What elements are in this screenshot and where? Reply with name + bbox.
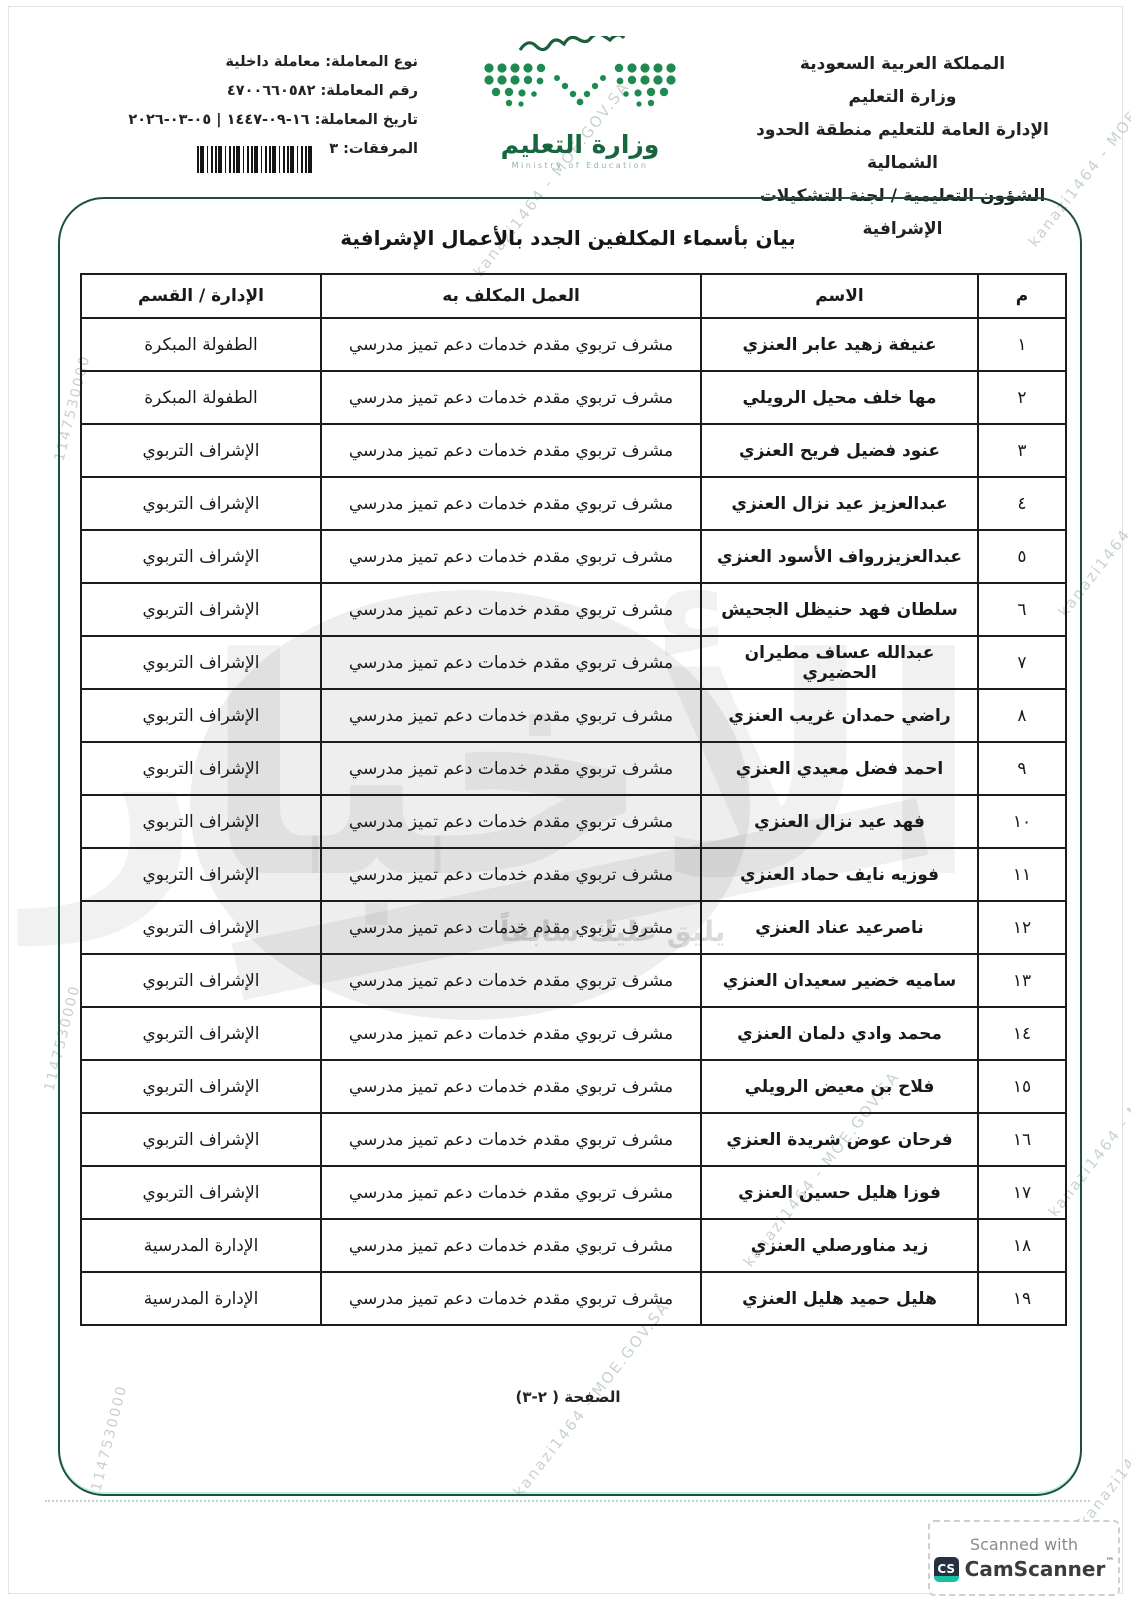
table-row: ٧ عبدالله عساف مطيران الحضيري مشرف تربوي… xyxy=(81,636,1066,689)
row-assigned-work-cell: مشرف تربوي مقدم خدمات دعم تميز مدرسي xyxy=(321,901,701,954)
table-row: ٩ احمد فضل معيدي العنزي مشرف تربوي مقدم … xyxy=(81,742,1066,795)
table-row: ١٦ فرحان عوض شريدة العنزي مشرف تربوي مقد… xyxy=(81,1113,1066,1166)
row-name-cell: محمد وادي دلمان العنزي xyxy=(701,1007,978,1060)
table-row: ٣ عنود فضيل فريح العنزي مشرف تربوي مقدم … xyxy=(81,424,1066,477)
table-row: ١٤ محمد وادي دلمان العنزي مشرف تربوي مقد… xyxy=(81,1007,1066,1060)
row-name-cell: احمد فضل معيدي العنزي xyxy=(701,742,978,795)
transaction-date: تاريخ المعاملة: ١٦-٠٩-١٤٤٧ | ٠٥-٠٣-٢٠٢٦ xyxy=(128,106,418,135)
row-assigned-work-cell: مشرف تربوي مقدم خدمات دعم تميز مدرسي xyxy=(321,424,701,477)
row-assigned-work-cell: مشرف تربوي مقدم خدمات دعم تميز مدرسي xyxy=(321,477,701,530)
row-name-cell: ناصرعيد عناد العنزي xyxy=(701,901,978,954)
row-number-cell: ٧ xyxy=(978,636,1066,689)
row-department-cell: الإشراف التربوي xyxy=(81,583,321,636)
row-name-cell: مها خلف محيل الرويلي xyxy=(701,371,978,424)
camscanner-scanned-with-label: Scanned with xyxy=(970,1535,1078,1554)
row-name-cell: راضي حمدان غريب العنزي xyxy=(701,689,978,742)
transaction-number: رقم المعاملة: ٤٧٠٠٦٦٠٥٨٢ xyxy=(128,77,418,106)
row-number-cell: ١٣ xyxy=(978,954,1066,1007)
table-row: ٢ مها خلف محيل الرويلي مشرف تربوي مقدم خ… xyxy=(81,371,1066,424)
page-number: الصفحة ( ٢-٣) xyxy=(58,1388,1078,1406)
row-assigned-work-cell: مشرف تربوي مقدم خدمات دعم تميز مدرسي xyxy=(321,689,701,742)
row-number-cell: ١٠ xyxy=(978,795,1066,848)
row-department-cell: الإشراف التربوي xyxy=(81,848,321,901)
row-name-cell: هليل حميد هليل العنزي xyxy=(701,1272,978,1325)
row-department-cell: الإشراف التربوي xyxy=(81,689,321,742)
transaction-type: نوع المعاملة: معاملة داخلية xyxy=(128,48,418,77)
row-name-cell: عبدالعزيزرواف الأسود العنزي xyxy=(701,530,978,583)
row-assigned-work-cell: مشرف تربوي مقدم خدمات دعم تميز مدرسي xyxy=(321,636,701,689)
row-name-cell: فهد عيد نزال العنزي xyxy=(701,795,978,848)
table-row: ١٩ هليل حميد هليل العنزي مشرف تربوي مقدم… xyxy=(81,1272,1066,1325)
row-assigned-work-cell: مشرف تربوي مقدم خدمات دعم تميز مدرسي xyxy=(321,742,701,795)
row-department-cell: الإشراف التربوي xyxy=(81,636,321,689)
row-name-cell: عبدالله عساف مطيران الحضيري xyxy=(701,636,978,689)
table-row: ٨ راضي حمدان غريب العنزي مشرف تربوي مقدم… xyxy=(81,689,1066,742)
row-assigned-work-cell: مشرف تربوي مقدم خدمات دعم تميز مدرسي xyxy=(321,318,701,371)
row-number-cell: ١٥ xyxy=(978,1060,1066,1113)
row-name-cell: عنيفة زهيد عابر العنزي xyxy=(701,318,978,371)
row-department-cell: الإشراف التربوي xyxy=(81,424,321,477)
row-number-cell: ١٧ xyxy=(978,1166,1066,1219)
camscanner-brand-label: CamScanner™ xyxy=(965,1557,1115,1581)
row-department-cell: الإشراف التربوي xyxy=(81,1007,321,1060)
row-number-cell: ١٢ xyxy=(978,901,1066,954)
row-number-cell: ٢ xyxy=(978,371,1066,424)
row-number-cell: ١ xyxy=(978,318,1066,371)
row-assigned-work-cell: مشرف تربوي مقدم خدمات دعم تميز مدرسي xyxy=(321,1060,701,1113)
logo-dots xyxy=(484,63,675,106)
table-row: ١ عنيفة زهيد عابر العنزي مشرف تربوي مقدم… xyxy=(81,318,1066,371)
table-row: ١٢ ناصرعيد عناد العنزي مشرف تربوي مقدم خ… xyxy=(81,901,1066,954)
row-department-cell: الإدارة المدرسية xyxy=(81,1219,321,1272)
row-name-cell: فرحان عوض شريدة العنزي xyxy=(701,1113,978,1166)
row-number-cell: ٦ xyxy=(978,583,1066,636)
col-header-number: م xyxy=(978,274,1066,318)
row-name-cell: فوزا هليل حسين العنزي xyxy=(701,1166,978,1219)
row-assigned-work-cell: مشرف تربوي مقدم خدمات دعم تميز مدرسي xyxy=(321,795,701,848)
row-department-cell: الإشراف التربوي xyxy=(81,477,321,530)
row-department-cell: الطفولة المبكرة xyxy=(81,371,321,424)
row-number-cell: ٨ xyxy=(978,689,1066,742)
row-department-cell: الإشراف التربوي xyxy=(81,1060,321,1113)
row-name-cell: فلاح بن معيض الرويلي xyxy=(701,1060,978,1113)
row-number-cell: ٩ xyxy=(978,742,1066,795)
row-assigned-work-cell: مشرف تربوي مقدم خدمات دعم تميز مدرسي xyxy=(321,1166,701,1219)
logo-ministry-name-ar: وزارة التعليم xyxy=(468,130,692,159)
directorate-title: الإدارة العامة للتعليم منطقة الحدود الشم… xyxy=(735,114,1070,180)
ministry-title: وزارة التعليم xyxy=(735,81,1070,114)
col-header-name: الاسم xyxy=(701,274,978,318)
row-name-cell: سلطان فهد حنيظل الجحيش xyxy=(701,583,978,636)
ministry-logo: وزارة التعليم Ministry of Education xyxy=(468,36,692,170)
col-header-department: الإدارة / القسم xyxy=(81,274,321,318)
row-number-cell: ١٦ xyxy=(978,1113,1066,1166)
camscanner-badge: Scanned with CS CamScanner™ xyxy=(928,1520,1120,1596)
table-row: ٦ سلطان فهد حنيظل الجحيش مشرف تربوي مقدم… xyxy=(81,583,1066,636)
row-name-cell: عبدالعزيز عيد نزال العنزي xyxy=(701,477,978,530)
row-number-cell: ٤ xyxy=(978,477,1066,530)
ministry-logo-graphic xyxy=(475,36,685,124)
row-department-cell: الإدارة المدرسية xyxy=(81,1272,321,1325)
row-name-cell: زيد مناورصلي العنزي xyxy=(701,1219,978,1272)
barcode xyxy=(197,146,315,173)
row-assigned-work-cell: مشرف تربوي مقدم خدمات دعم تميز مدرسي xyxy=(321,371,701,424)
table-row: ١٥ فلاح بن معيض الرويلي مشرف تربوي مقدم … xyxy=(81,1060,1066,1113)
table-row: ١٧ فوزا هليل حسين العنزي مشرف تربوي مقدم… xyxy=(81,1166,1066,1219)
trademark-symbol: ™ xyxy=(1105,1557,1114,1567)
logo-calligraphy xyxy=(520,36,624,50)
logo-ministry-name-en: Ministry of Education xyxy=(468,161,692,170)
row-department-cell: الإشراف التربوي xyxy=(81,1166,321,1219)
row-number-cell: ٣ xyxy=(978,424,1066,477)
table-row: ١٨ زيد مناورصلي العنزي مشرف تربوي مقدم خ… xyxy=(81,1219,1066,1272)
row-assigned-work-cell: مشرف تربوي مقدم خدمات دعم تميز مدرسي xyxy=(321,583,701,636)
row-assigned-work-cell: مشرف تربوي مقدم خدمات دعم تميز مدرسي xyxy=(321,848,701,901)
row-department-cell: الإشراف التربوي xyxy=(81,742,321,795)
row-name-cell: عنود فضيل فريح العنزي xyxy=(701,424,978,477)
assignments-table: م الاسم العمل المكلف به الإدارة / القسم … xyxy=(80,273,1067,1326)
kingdom-title: المملكة العربية السعودية xyxy=(735,48,1070,81)
row-number-cell: ١٩ xyxy=(978,1272,1066,1325)
row-department-cell: الإشراف التربوي xyxy=(81,530,321,583)
row-number-cell: ١١ xyxy=(978,848,1066,901)
row-assigned-work-cell: مشرف تربوي مقدم خدمات دعم تميز مدرسي xyxy=(321,1007,701,1060)
table-row: ١٠ فهد عيد نزال العنزي مشرف تربوي مقدم خ… xyxy=(81,795,1066,848)
table-row: ١١ فوزيه نايف حماد العنزي مشرف تربوي مقد… xyxy=(81,848,1066,901)
document-title: بيان بأسماء المكلفين الجدد بالأعمال الإش… xyxy=(58,226,1078,250)
row-assigned-work-cell: مشرف تربوي مقدم خدمات دعم تميز مدرسي xyxy=(321,1219,701,1272)
scan-remnant-dots xyxy=(45,1500,1090,1502)
row-department-cell: الطفولة المبكرة xyxy=(81,318,321,371)
row-name-cell: فوزيه نايف حماد العنزي xyxy=(701,848,978,901)
camscanner-icon: CS xyxy=(934,1557,959,1582)
row-assigned-work-cell: مشرف تربوي مقدم خدمات دعم تميز مدرسي xyxy=(321,1113,701,1166)
row-department-cell: الإشراف التربوي xyxy=(81,901,321,954)
table-row: ٤ عبدالعزيز عيد نزال العنزي مشرف تربوي م… xyxy=(81,477,1066,530)
row-number-cell: ١٤ xyxy=(978,1007,1066,1060)
row-department-cell: الإشراف التربوي xyxy=(81,795,321,848)
row-department-cell: الإشراف التربوي xyxy=(81,954,321,1007)
table-header-row: م الاسم العمل المكلف به الإدارة / القسم xyxy=(81,274,1066,318)
scanned-document-page: الأخبار يليق عليك سابقاً kanazi1464 - MO… xyxy=(0,0,1131,1600)
row-assigned-work-cell: مشرف تربوي مقدم خدمات دعم تميز مدرسي xyxy=(321,954,701,1007)
col-header-assigned-work: العمل المكلف به xyxy=(321,274,701,318)
row-department-cell: الإشراف التربوي xyxy=(81,1113,321,1166)
table-row: ٥ عبدالعزيزرواف الأسود العنزي مشرف تربوي… xyxy=(81,530,1066,583)
row-name-cell: ساميه خضير سعيدان العنزي xyxy=(701,954,978,1007)
row-assigned-work-cell: مشرف تربوي مقدم خدمات دعم تميز مدرسي xyxy=(321,530,701,583)
table-row: ١٣ ساميه خضير سعيدان العنزي مشرف تربوي م… xyxy=(81,954,1066,1007)
row-number-cell: ١٨ xyxy=(978,1219,1066,1272)
row-number-cell: ٥ xyxy=(978,530,1066,583)
row-assigned-work-cell: مشرف تربوي مقدم خدمات دعم تميز مدرسي xyxy=(321,1272,701,1325)
